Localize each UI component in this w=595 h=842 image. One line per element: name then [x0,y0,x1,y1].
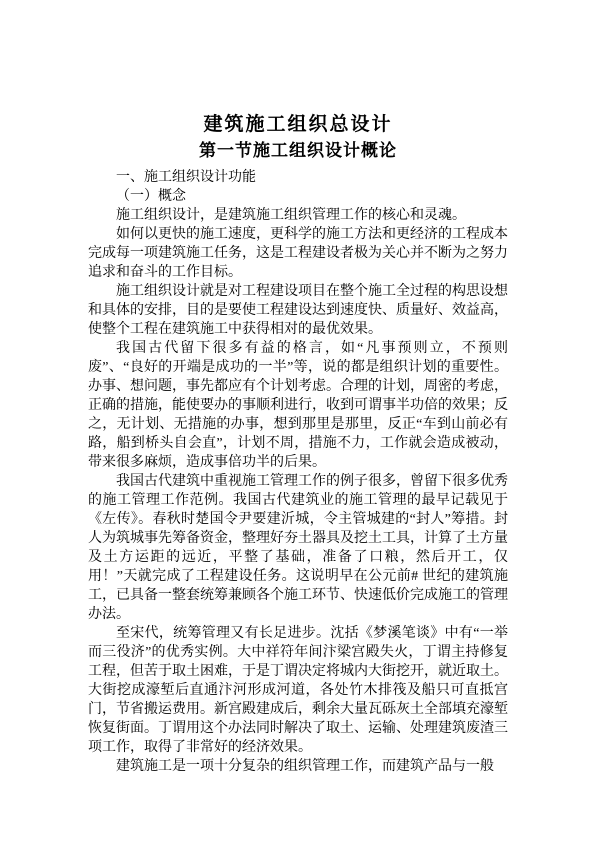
text-blocks-container: 一、施工组织设计功能（一）概念施工组织设计，是建筑施工组织管理工作的核心和灵魂。… [88,168,508,776]
subheading: 一、施工组织设计功能 [88,168,508,187]
paragraph: 施工组织设计就是对工程建设项目在整个施工全过程的构思设想和具体的安排，目的是要使… [88,282,508,339]
paragraph: 如何以更快的施工速度，更科学的施工方法和更经济的工程成本完成每一项建筑施工任务，… [88,225,508,282]
document-body: 建筑施工组织总设计 第一节施工组织设计概论 一、施工组织设计功能（一）概念施工组… [88,112,508,776]
paragraph: 至宋代，统筹管理又有长足进步。沈括《梦溪笔谈》中有“一举而三役济”的优秀实例。大… [88,624,508,757]
paragraph: 我国古代留下很多有益的格言，如“凡事预则立，不预则废”、“良好的开端是成功的一半… [88,339,508,472]
section-heading: 第一节施工组织设计概论 [88,140,508,162]
paragraph: 施工组织设计，是建筑施工组织管理工作的核心和灵魂。 [88,206,508,225]
document-title: 建筑施工组织总设计 [88,112,508,138]
paragraph: 我国古代建筑中重视施工管理工作的例子很多，曾留下很多优秀的施工管理工作范例。我国… [88,472,508,624]
paragraph: 建筑施工是一项十分复杂的组织管理工作，而建筑产品与一般 [88,757,508,776]
subheading: （一）概念 [88,187,508,206]
document-page: 建筑施工组织总设计 第一节施工组织设计概论 一、施工组织设计功能（一）概念施工组… [0,0,595,842]
